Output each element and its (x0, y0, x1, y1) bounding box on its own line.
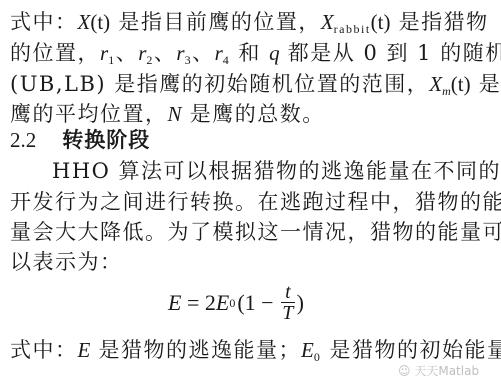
close-paren: ) (297, 290, 304, 316)
denominator: T (282, 303, 293, 323)
paragraph2-line-1: HHO 算法可以根据猎物的逃逸能量在不同的 (52, 158, 501, 184)
text-line-3: (UB,LB) 是指鹰的初始随机位置的范围，Xm(t) 是 (10, 71, 501, 104)
math-E0: E (216, 290, 229, 316)
text: 式中： (10, 338, 78, 362)
math-t: (t) (451, 72, 471, 96)
subscript: 1 (108, 53, 116, 67)
section-heading: 2.2转换阶段 (10, 127, 150, 153)
text-line-4: 鹰的平均位置，N 是鹰的总数。 (10, 101, 325, 127)
math-N: N (168, 102, 182, 126)
text: 和 (230, 41, 269, 65)
math-q: q (269, 41, 280, 65)
wechat-icon: ☺ (398, 364, 411, 378)
text: 是指猎物 (391, 10, 489, 34)
text: (UB,LB) 是指鹰的初始随机位置的范围， (10, 72, 429, 96)
math-X: X (78, 10, 91, 34)
math-t: (t) (371, 10, 391, 34)
text: 式中： (10, 10, 78, 34)
separator: 、 (192, 41, 215, 65)
math-t: (t) (90, 10, 110, 34)
math-E: E (78, 338, 91, 362)
section-title: 转换阶段 (62, 128, 150, 152)
paragraph2-line-3: 量会大大降低。为了模拟这一情况，猎物的能量可 (10, 219, 501, 245)
subscript-rabbit: rabbit (334, 22, 371, 36)
math-r1: r (100, 41, 108, 65)
section-number: 2.2 (10, 128, 36, 152)
math-Xm: X (429, 72, 442, 96)
math-E: E (168, 290, 181, 316)
text: 是猎物的初始能量； (321, 338, 501, 362)
watermark-text: 天天Matlab (414, 364, 479, 378)
math-X-rabbit: X (321, 10, 334, 34)
watermark: ☺ 天天Matlab (398, 362, 479, 379)
text: 是 (471, 72, 501, 96)
text-line-1: 式中：X(t) 是指目前鹰的位置，Xrabbit(t) 是指猎物 (10, 9, 489, 42)
paragraph2-line-2: 开发行为之间进行转换。在逃跑过程中，猎物的能 (10, 189, 501, 215)
math-E0: E (301, 338, 314, 362)
equals-two: = 2 (181, 290, 215, 316)
paragraph2-line-4: 以表示为： (10, 249, 123, 275)
separator: 、 (154, 41, 177, 65)
text: 鹰的平均位置， (10, 102, 168, 126)
text: 都是从 0 到 1 的随机数， (280, 41, 501, 65)
text: 是鹰的总数。 (182, 102, 325, 126)
text: 是猎物的逃逸能量； (90, 338, 301, 362)
numerator: t (281, 282, 295, 303)
subscript: 3 (185, 53, 193, 67)
text-line-2: 的位置，r1、r2、r3、r4 和 q 都是从 0 到 1 的随机数， (10, 40, 501, 73)
subscript-m: m (442, 84, 451, 98)
fraction-t-over-T: t T (281, 282, 295, 323)
subscript-0: 0 (229, 290, 235, 316)
subscript: 2 (146, 53, 154, 67)
text: 是指目前鹰的位置， (110, 10, 321, 34)
math-r3: r (176, 41, 184, 65)
energy-formula: E = 2 E0 (1 − t T ) (168, 282, 304, 323)
math-r4: r (215, 41, 223, 65)
separator: 、 (116, 41, 139, 65)
open-paren: (1 − (237, 290, 279, 316)
text: 的位置， (10, 41, 100, 65)
